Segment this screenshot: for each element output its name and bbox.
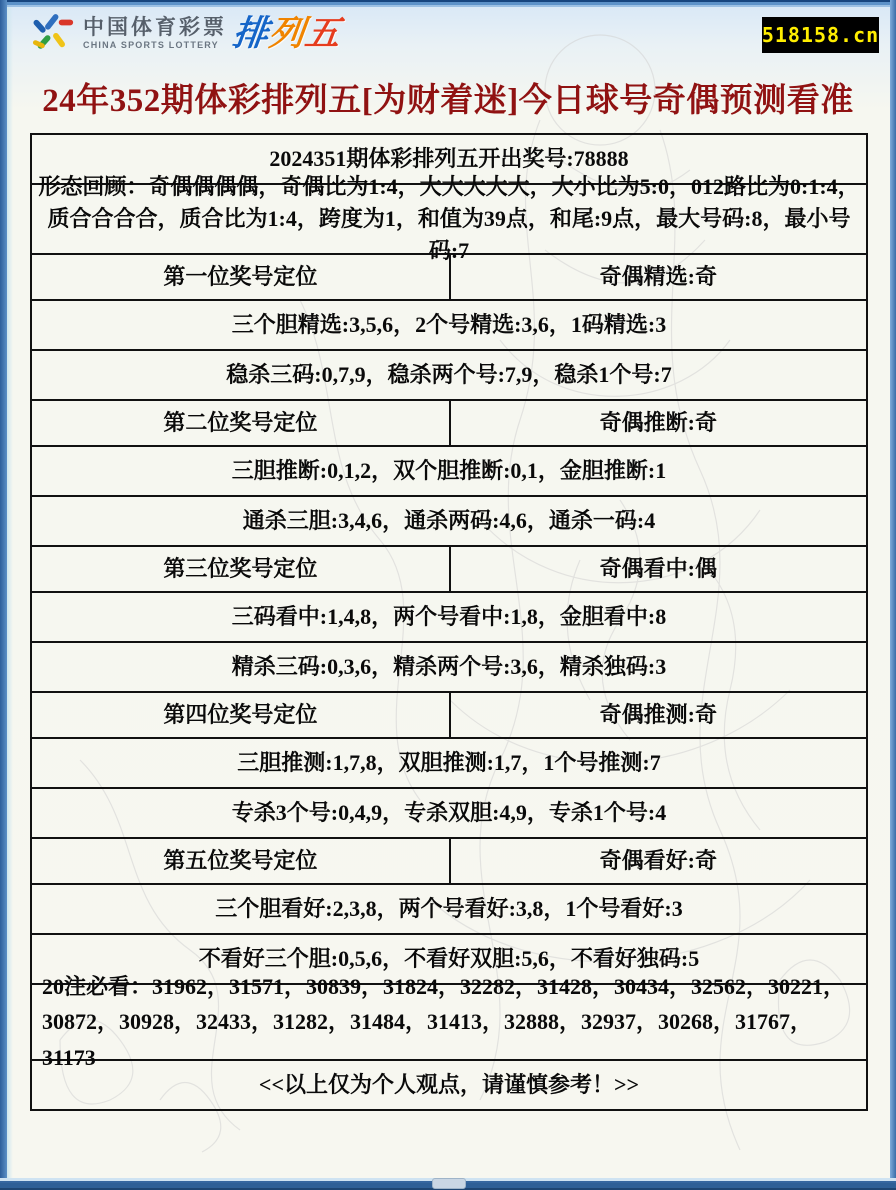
table-row: 三胆推测:1,7,8，双胆推测:1,7，1个号推测:7 <box>32 737 866 787</box>
row-text: 三个胆精选:3,5,6，2个号精选:3,6，1码精选:3 <box>232 309 666 341</box>
odd-even-prediction: 奇偶推测:奇 <box>451 693 866 737</box>
position-label: 第三位奖号定位 <box>32 547 451 591</box>
logo-chinese-name: 中国体育彩票 <box>83 17 227 38</box>
brand-char: 五 <box>303 16 343 51</box>
game-brand-pailiewu: 排 列 五 <box>231 16 343 51</box>
table-row-recommended-bets: 20注必看：31962，31571，30839，31824，32282，3142… <box>32 983 866 1059</box>
odd-even-prediction: 奇偶精选:奇 <box>451 255 866 299</box>
site-logo: 中国体育彩票 CHINA SPORTS LOTTERY 排 列 五 <box>30 11 341 55</box>
table-row: 稳杀三码:0,7,9，稳杀两个号:7,9，稳杀1个号:7 <box>32 349 866 399</box>
window-resize-grip <box>432 1178 466 1189</box>
row-text: 专杀3个号:0,4,9，专杀双胆:4,9，专杀1个号:4 <box>232 797 666 829</box>
position-label-text: 第五位奖号定位 <box>163 845 317 877</box>
disclaimer-text: <<以上仅为个人观点，请谨慎参考！>> <box>259 1069 639 1101</box>
page-title: 24年352期体彩排列五[为财着迷]今日球号奇偶预测看准 <box>0 74 896 121</box>
pattern-review-text: 形态回顾：奇偶偶偶偶，奇偶比为1:4，大大大大大，大小比为5:0，012路比为0… <box>38 171 860 267</box>
position-label-text: 第一位奖号定位 <box>163 261 317 293</box>
table-row: 三码看中:1,4,8，两个号看中:1,8，金胆看中:8 <box>32 591 866 641</box>
odd-even-prediction: 奇偶看中:偶 <box>451 547 866 591</box>
row-text: 三胆推断:0,1,2，双个胆推断:0,1，金胆推断:1 <box>232 455 666 487</box>
table-row: 三胆推断:0,1,2，双个胆推断:0,1，金胆推断:1 <box>32 445 866 495</box>
position-label: 第二位奖号定位 <box>32 401 451 445</box>
section-header-position-3: 第三位奖号定位 奇偶看中:偶 <box>32 545 866 591</box>
row-text: 三胆推测:1,7,8，双胆推测:1,7，1个号推测:7 <box>237 747 660 779</box>
section-header-position-5: 第五位奖号定位 奇偶看好:奇 <box>32 837 866 883</box>
odd-even-text: 奇偶看好:奇 <box>600 845 717 877</box>
position-label: 第五位奖号定位 <box>32 839 451 883</box>
table-row: 三个胆精选:3,5,6，2个号精选:3,6，1码精选:3 <box>32 299 866 349</box>
odd-even-text: 奇偶精选:奇 <box>600 261 717 293</box>
position-label: 第一位奖号定位 <box>32 255 451 299</box>
logo-text: 中国体育彩票 CHINA SPORTS LOTTERY <box>83 17 227 50</box>
prediction-table: 2024351期体彩排列五开出奖号:78888 形态回顾：奇偶偶偶偶，奇偶比为1… <box>30 133 868 1111</box>
logo-english-name: CHINA SPORTS LOTTERY <box>83 41 227 50</box>
section-header-position-4: 第四位奖号定位 奇偶推测:奇 <box>32 691 866 737</box>
table-row: 三个胆看好:2,3,8，两个号看好:3,8，1个号看好:3 <box>32 883 866 933</box>
section-header-position-2: 第二位奖号定位 奇偶推断:奇 <box>32 399 866 445</box>
draw-result-text: 2024351期体彩排列五开出奖号:78888 <box>269 143 628 175</box>
row-text: 三个胆看好:2,3,8，两个号看好:3,8，1个号看好:3 <box>215 893 682 925</box>
window-left-border <box>0 0 7 1190</box>
table-row: 通杀三胆:3,4,6，通杀两码:4,6，通杀一码:4 <box>32 495 866 545</box>
brand-char: 列 <box>267 16 307 51</box>
window-right-border <box>890 0 896 1190</box>
table-row: 精杀三码:0,3,6，精杀两个号:3,6，精杀独码:3 <box>32 641 866 691</box>
odd-even-prediction: 奇偶看好:奇 <box>451 839 866 883</box>
row-text: 通杀三胆:3,4,6，通杀两码:4,6，通杀一码:4 <box>243 505 655 537</box>
odd-even-text: 奇偶推测:奇 <box>600 699 717 731</box>
china-sports-lottery-icon <box>30 11 76 55</box>
site-url-badge: 518158.cn <box>762 17 879 53</box>
row-text: 三码看中:1,4,8，两个号看中:1,8，金胆看中:8 <box>232 601 666 633</box>
position-label: 第四位奖号定位 <box>32 693 451 737</box>
table-row-pattern-review: 形态回顾：奇偶偶偶偶，奇偶比为1:4，大大大大大，大小比为5:0，012路比为0… <box>32 183 866 253</box>
page: 中国体育彩票 CHINA SPORTS LOTTERY 排 列 五 518158… <box>0 0 896 1190</box>
position-label-text: 第四位奖号定位 <box>163 699 317 731</box>
odd-even-prediction: 奇偶推断:奇 <box>451 401 866 445</box>
table-row: 专杀3个号:0,4,9，专杀双胆:4,9，专杀1个号:4 <box>32 787 866 837</box>
window-left-border-fade <box>7 0 13 1190</box>
brand-char: 排 <box>231 16 271 51</box>
window-top-border <box>0 0 896 7</box>
position-label-text: 第三位奖号定位 <box>163 553 317 585</box>
odd-even-text: 奇偶推断:奇 <box>600 407 717 439</box>
row-text: 稳杀三码:0,7,9，稳杀两个号:7,9，稳杀1个号:7 <box>226 359 671 391</box>
position-label-text: 第二位奖号定位 <box>163 407 317 439</box>
recommended-bets-text: 20注必看：31962，31571，30839，31824，32282，3142… <box>42 969 856 1075</box>
row-text: 精杀三码:0,3,6，精杀两个号:3,6，精杀独码:3 <box>232 651 666 683</box>
odd-even-text: 奇偶看中:偶 <box>600 553 717 585</box>
section-header-position-1: 第一位奖号定位 奇偶精选:奇 <box>32 253 866 299</box>
